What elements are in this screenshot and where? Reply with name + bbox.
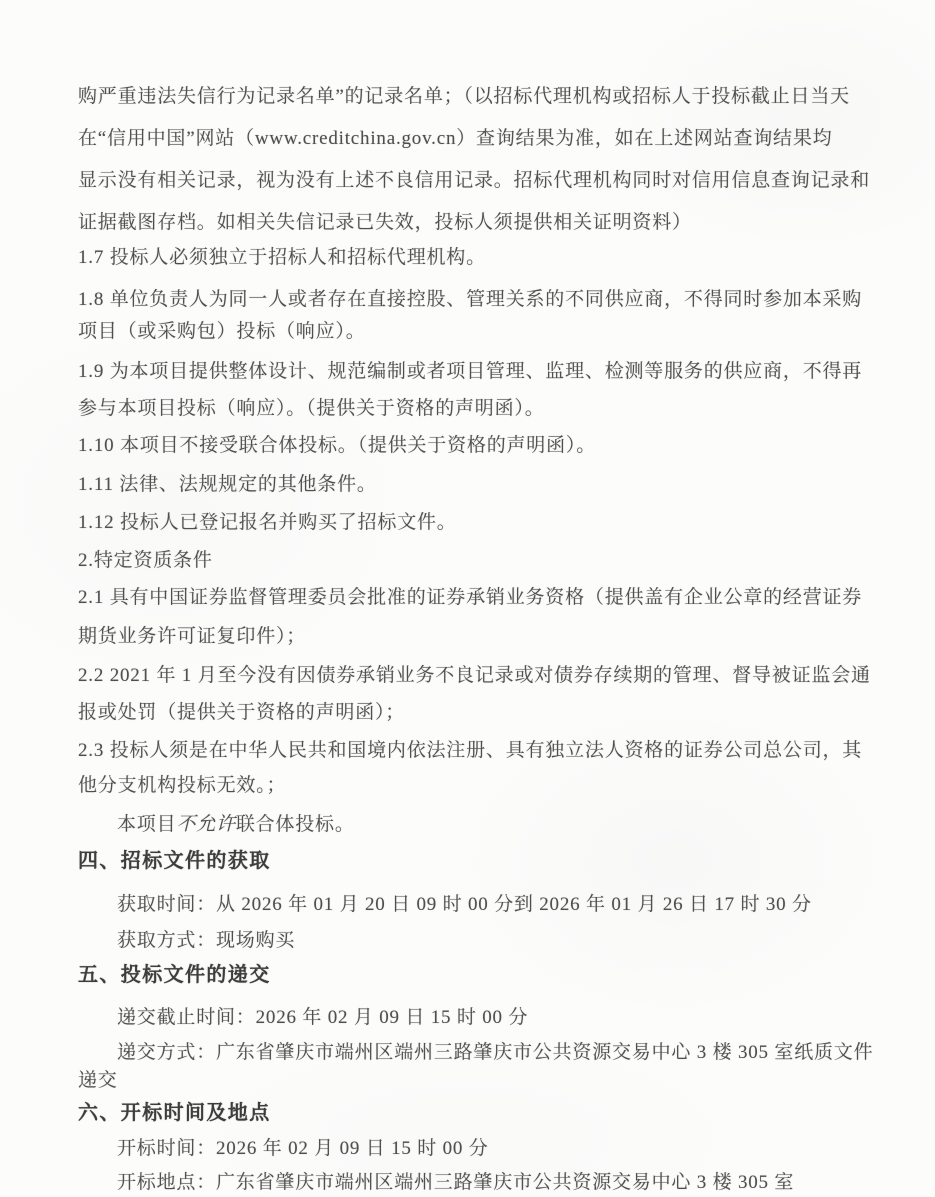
item-2-3-line-1: 2.3 投标人须是在中华人民共和国境内依法注册、具有独立法人资格的证券公司总公司… — [78, 738, 862, 763]
acquisition-method: 获取方式：现场购买 — [117, 928, 295, 953]
para-credit-check-line-3: 显示没有相关记录，视为没有上述不良信用记录。招标代理机构同时对信用信息查询记录和 — [78, 168, 870, 193]
item-1-8-line-2: 项目（或采购包）投标（响应）。 — [78, 319, 366, 344]
item-1-10: 1.10 本项目不接受联合体投标。（提供关于资格的声明函）。 — [78, 433, 596, 458]
note-no-consortium-suffix: 联合体投标。 — [236, 814, 355, 835]
item-2-1-line-1: 2.1 具有中国证券监督管理委员会批准的证券承销业务资格（提供盖有企业公章的经营… — [78, 585, 862, 610]
submission-method-line-2: 递交 — [78, 1068, 118, 1093]
section-6-heading: 六、开标时间及地点 — [78, 1101, 271, 1126]
item-2-1-line-2: 期货业务许可证复印件）； — [78, 624, 306, 649]
note-no-consortium: 本项目不允许联合体投标。 — [117, 812, 355, 837]
submission-method-line-1: 递交方式：广东省肇庆市端州区端州三路肇庆市公共资源交易中心 3 楼 305 室纸… — [117, 1040, 873, 1065]
item-1-9-line-2: 参与本项目投标（响应）。（提供关于资格的声明函）。 — [78, 396, 545, 421]
note-no-consortium-prefix: 本项目 — [117, 814, 176, 835]
bid-opening-location: 开标地点：广东省肇庆市端州区端州三路肇庆市公共资源交易中心 3 楼 305 室 — [117, 1170, 794, 1195]
scanned-document-page: 购严重违法失信行为记录名单”的记录名单；（以招标代理机构或招标人于投标截止日当天… — [0, 0, 935, 1197]
section-4-heading: 四、招标文件的获取 — [78, 849, 271, 874]
para-credit-check-line-2: 在“信用中国”网站（www.creditchina.gov.cn）查询结果为准，… — [78, 126, 832, 151]
item-2-2-line-1: 2.2 2021 年 1 月至今没有因债券承销业务不良记录或对债券存续期的管理、… — [78, 663, 871, 688]
para-credit-check-line-1: 购严重违法失信行为记录名单”的记录名单；（以招标代理机构或招标人于投标截止日当天 — [78, 84, 850, 109]
para-credit-check-line-4: 证据截图存档。如相关失信记录已失效，投标人须提供相关证明资料） — [78, 210, 692, 235]
section-5-heading: 五、投标文件的递交 — [78, 963, 271, 988]
item-2-2-line-2: 报或处罚（提供关于资格的声明函）； — [78, 700, 405, 725]
note-no-consortium-emphasis: 不允许 — [176, 814, 235, 835]
item-1-7: 1.7 投标人必须独立于招标人和招标代理机构。 — [78, 245, 486, 270]
subheading-2-specific-qualifications: 2.特定资质条件 — [78, 548, 213, 573]
acquisition-time: 获取时间：从 2026 年 01 月 20 日 09 时 00 分到 2026 … — [117, 892, 812, 917]
item-1-11: 1.11 法律、法规规定的其他条件。 — [78, 472, 377, 497]
item-1-9-line-1: 1.9 为本项目提供整体设计、规范编制或者项目管理、监理、检测等服务的供应商，不… — [78, 359, 862, 384]
item-1-12: 1.12 投标人已登记报名并购买了招标文件。 — [78, 510, 457, 535]
item-2-3-line-2: 他分支机构投标无效。； — [78, 773, 286, 798]
bid-opening-time: 开标时间：2026 年 02 月 09 日 15 时 00 分 — [117, 1136, 489, 1161]
submission-deadline: 递交截止时间：2026 年 02 月 09 日 15 时 00 分 — [117, 1005, 528, 1030]
item-1-8-line-1: 1.8 单位负责人为同一人或者存在直接控股、管理关系的不同供应商，不得同时参加本… — [78, 287, 862, 312]
